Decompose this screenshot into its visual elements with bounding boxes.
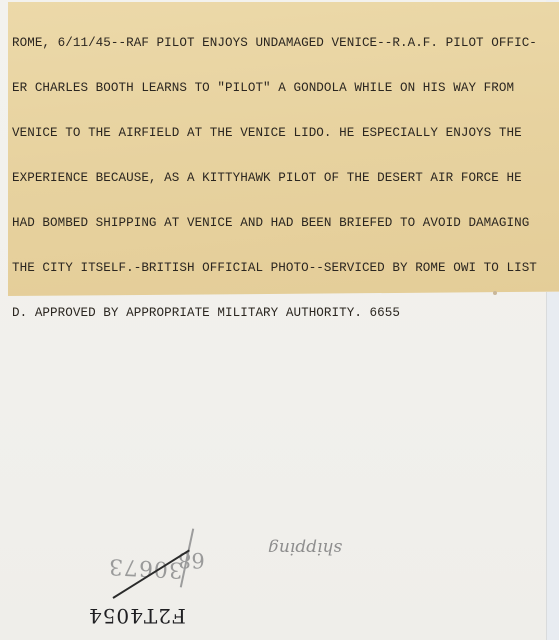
caption-text: ROME, 6/11/45--RAF PILOT ENJOYS UNDAMAGE… xyxy=(12,6,557,336)
caption-line: HAD BOMBED SHIPPING AT VENICE AND HAD BE… xyxy=(12,216,557,231)
caption-line: ER CHARLES BOOTH LEARNS TO "PILOT" A GON… xyxy=(12,81,557,96)
caption-line: VENICE TO THE AIRFIELD AT THE VENICE LID… xyxy=(12,126,557,141)
paper-spot xyxy=(493,291,497,295)
handwritten-signature: shipping xyxy=(268,538,342,558)
handwritten-prefix: 68 xyxy=(178,548,205,572)
caption-line: EXPERIENCE BECAUSE, AS A KITTYHAWK PILOT… xyxy=(12,171,557,186)
caption-line: D. APPROVED BY APPROPRIATE MILITARY AUTH… xyxy=(12,306,557,321)
backing-edge xyxy=(546,292,559,640)
handwritten-catalog-number: F2T4054 xyxy=(88,604,186,628)
prefix-number: 68 xyxy=(178,548,205,572)
caption-line: ROME, 6/11/45--RAF PILOT ENJOYS UNDAMAGE… xyxy=(12,36,557,51)
caption-line: THE CITY ITSELF.-BRITISH OFFICIAL PHOTO-… xyxy=(12,261,557,276)
